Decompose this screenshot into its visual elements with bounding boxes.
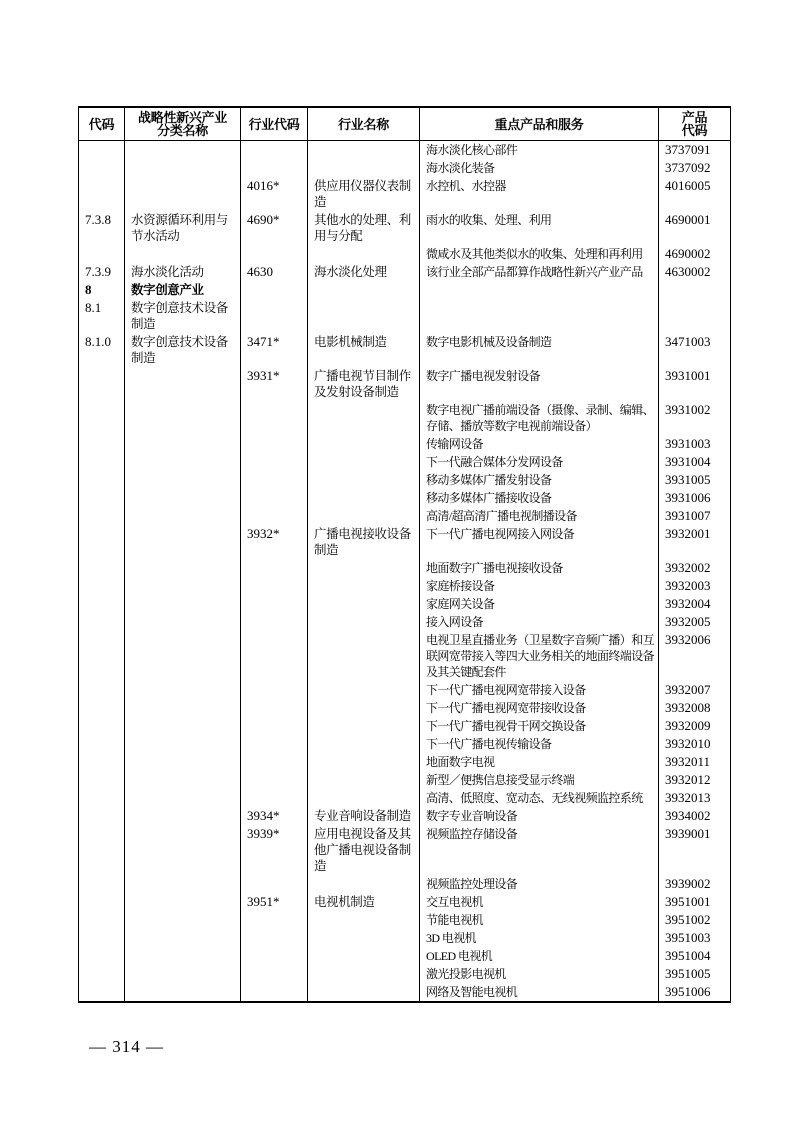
table-row: 激光投影电视机3951005	[79, 965, 731, 983]
cell-classification-name	[125, 141, 241, 160]
cell-industry-name	[308, 735, 420, 753]
table-row: 8.1.0数字创意技术设备制造3471*电影机械制造数字电影机械及设备制造347…	[79, 333, 731, 367]
cell-industry-name	[308, 965, 420, 983]
cell-product: 接入网设备	[420, 613, 659, 631]
cell-product: 数字专业音响设备	[420, 807, 659, 825]
cell-industry-code	[241, 453, 308, 471]
table-row: 7.3.8水资源循环利用与节水活动4690*其他水的处理、利用与分配雨水的收集、…	[79, 211, 731, 245]
cell-code	[79, 735, 125, 753]
cell-product-code: 4630002	[659, 263, 731, 281]
cell-classification-name	[125, 965, 241, 983]
table-row: 下一代融合媒体分发网设备3931004	[79, 453, 731, 471]
cell-code: 7.3.9	[79, 263, 125, 281]
table-row: 海水淡化装备3737092	[79, 159, 731, 177]
cell-code	[79, 681, 125, 699]
cell-product-code: 4690001	[659, 211, 731, 245]
cell-code	[79, 435, 125, 453]
cell-product: 新型／便携信息接受显示终端	[420, 771, 659, 789]
column-header-classification-name: 战略性新兴产业 分类名称	[125, 107, 241, 141]
cell-code	[79, 807, 125, 825]
cell-industry-name: 广播电视接收设备制造	[308, 525, 420, 559]
cell-industry-code	[241, 489, 308, 507]
column-header-code: 代码	[79, 107, 125, 141]
table-row: 家庭网关设备3932004	[79, 595, 731, 613]
cell-product: 数字电视广播前端设备（摄像、录制、编辑、存储、播放等数字电视前端设备）	[420, 401, 659, 435]
cell-product-code: 4690002	[659, 245, 731, 263]
cell-industry-code	[241, 245, 308, 263]
cell-classification-name	[125, 807, 241, 825]
cell-industry-code	[241, 577, 308, 595]
cell-code	[79, 367, 125, 401]
cell-industry-code	[241, 947, 308, 965]
cell-industry-code	[241, 789, 308, 807]
table-row: 3951*电视机制造交互电视机3951001	[79, 893, 731, 911]
cell-code	[79, 613, 125, 631]
cell-industry-code: 3934*	[241, 807, 308, 825]
cell-product-code: 3931001	[659, 367, 731, 401]
cell-classification-name	[125, 613, 241, 631]
table-row: 3D 电视机3951003	[79, 929, 731, 947]
cell-product-code: 3932001	[659, 525, 731, 559]
table-row: 下一代广播电视网宽带接入设备3932007	[79, 681, 731, 699]
cell-industry-code	[241, 613, 308, 631]
cell-product-code: 3951001	[659, 893, 731, 911]
cell-product-code: 3931007	[659, 507, 731, 525]
cell-product-code	[659, 299, 731, 333]
cell-code: 8.1	[79, 299, 125, 333]
cell-industry-name	[308, 299, 420, 333]
cell-industry-code	[241, 983, 308, 1002]
cell-product: 海水淡化核心部件	[420, 141, 659, 160]
cell-code	[79, 559, 125, 577]
cell-product: 高清、低照度、宽动态、无线视频监控系统	[420, 789, 659, 807]
cell-product-code: 3951005	[659, 965, 731, 983]
cell-product-code: 3932006	[659, 631, 731, 681]
cell-product: 数字广播电视发射设备	[420, 367, 659, 401]
table-row: 视频监控处理设备3939002	[79, 875, 731, 893]
table-head: 代码战略性新兴产业 分类名称行业代码行业名称重点产品和服务产品 代码	[79, 107, 731, 141]
cell-product-code: 3951003	[659, 929, 731, 947]
table-row: 海水淡化核心部件3737091	[79, 141, 731, 160]
cell-product-code: 3932005	[659, 613, 731, 631]
table-row: 移动多媒体广播发射设备3931005	[79, 471, 731, 489]
cell-industry-code	[241, 753, 308, 771]
cell-product: 视频监控存储设备	[420, 825, 659, 875]
cell-classification-name	[125, 525, 241, 559]
cell-industry-name: 海水淡化处理	[308, 263, 420, 281]
cell-industry-name	[308, 141, 420, 160]
cell-code	[79, 789, 125, 807]
cell-code	[79, 771, 125, 789]
cell-industry-name	[308, 507, 420, 525]
cell-product-code: 3939002	[659, 875, 731, 893]
table-row: 3934*专业音响设备制造数字专业音响设备3934002	[79, 807, 731, 825]
cell-product: 3D 电视机	[420, 929, 659, 947]
cell-classification-name: 数字创意技术设备制造	[125, 299, 241, 333]
cell-product: 网络及智能电视机	[420, 983, 659, 1002]
cell-product: 下一代融合媒体分发网设备	[420, 453, 659, 471]
cell-product-code: 3932008	[659, 699, 731, 717]
table-row: 节能电视机3951002	[79, 911, 731, 929]
cell-industry-name	[308, 929, 420, 947]
cell-classification-name	[125, 577, 241, 595]
table-row: 传输网设备3931003	[79, 435, 731, 453]
cell-product: 家庭网关设备	[420, 595, 659, 613]
cell-code	[79, 631, 125, 681]
cell-classification-name	[125, 453, 241, 471]
cell-product-code: 3932010	[659, 735, 731, 753]
cell-classification-name	[125, 789, 241, 807]
cell-industry-name	[308, 947, 420, 965]
cell-classification-name: 数字创意技术设备制造	[125, 333, 241, 367]
cell-product-code: 3931002	[659, 401, 731, 435]
cell-product: 地面数字广播电视接收设备	[420, 559, 659, 577]
cell-industry-name	[308, 875, 420, 893]
cell-product-code	[659, 281, 731, 299]
table-row: 3932*广播电视接收设备制造下一代广播电视网接入网设备3932001	[79, 525, 731, 559]
cell-product-code: 3939001	[659, 825, 731, 875]
cell-industry-code	[241, 965, 308, 983]
cell-industry-name	[308, 435, 420, 453]
cell-industry-code	[241, 159, 308, 177]
cell-product-code: 3932003	[659, 577, 731, 595]
cell-product: 移动多媒体广播发射设备	[420, 471, 659, 489]
cell-industry-code	[241, 771, 308, 789]
cell-product: 交互电视机	[420, 893, 659, 911]
cell-industry-code	[241, 681, 308, 699]
cell-product: 地面数字电视	[420, 753, 659, 771]
column-header-industry-code: 行业代码	[241, 107, 308, 141]
cell-industry-code	[241, 595, 308, 613]
cell-product-code: 3471003	[659, 333, 731, 367]
cell-classification-name	[125, 245, 241, 263]
cell-product: 雨水的收集、处理、利用	[420, 211, 659, 245]
cell-code	[79, 947, 125, 965]
cell-classification-name	[125, 911, 241, 929]
table-row: 新型／便携信息接受显示终端3932012	[79, 771, 731, 789]
cell-product: 家庭桥接设备	[420, 577, 659, 595]
cell-industry-code: 3939*	[241, 825, 308, 875]
cell-industry-name: 电影机械制造	[308, 333, 420, 367]
cell-product	[420, 299, 659, 333]
cell-product-code: 3951006	[659, 983, 731, 1002]
cell-classification-name	[125, 825, 241, 875]
column-header-key-products: 重点产品和服务	[420, 107, 659, 141]
table-row: 数字电视广播前端设备（摄像、录制、编辑、存储、播放等数字电视前端设备）39310…	[79, 401, 731, 435]
cell-product: 传输网设备	[420, 435, 659, 453]
cell-code	[79, 525, 125, 559]
cell-product: 下一代广播电视骨干网交换设备	[420, 717, 659, 735]
table-row: 高清/超高清广播电视制播设备3931007	[79, 507, 731, 525]
cell-code	[79, 489, 125, 507]
cell-industry-name	[308, 577, 420, 595]
cell-industry-name	[308, 911, 420, 929]
cell-code	[79, 453, 125, 471]
cell-code	[79, 929, 125, 947]
cell-classification-name	[125, 771, 241, 789]
column-header-product-code: 产品 代码	[659, 107, 731, 141]
cell-industry-code	[241, 281, 308, 299]
cell-industry-name	[308, 401, 420, 435]
cell-product-code: 3931003	[659, 435, 731, 453]
cell-product-code: 3932002	[659, 559, 731, 577]
table-row: 下一代广播电视网宽带接收设备3932008	[79, 699, 731, 717]
table-row: 7.3.9海水淡化活动4630海水淡化处理该行业全部产品都算作战略性新兴产业产品…	[79, 263, 731, 281]
cell-classification-name	[125, 929, 241, 947]
cell-industry-name	[308, 771, 420, 789]
cell-classification-name	[125, 489, 241, 507]
cell-classification-name	[125, 401, 241, 435]
cell-classification-name: 数字创意产业	[125, 281, 241, 299]
cell-industry-name: 专业音响设备制造	[308, 807, 420, 825]
cell-industry-code	[241, 299, 308, 333]
table-row: 地面数字广播电视接收设备3932002	[79, 559, 731, 577]
cell-code	[79, 753, 125, 771]
table-row: 电视卫星直播业务（卫星数字音频广播）和互联网宽带接入等四大业务相关的地面终端设备…	[79, 631, 731, 681]
cell-industry-name	[308, 559, 420, 577]
cell-code	[79, 875, 125, 893]
cell-classification-name	[125, 559, 241, 577]
cell-product: 节能电视机	[420, 911, 659, 929]
cell-code	[79, 177, 125, 211]
table-row: 3939*应用电视设备及其他广播电视设备制造视频监控存储设备3939001	[79, 825, 731, 875]
cell-product: 下一代广播电视传输设备	[420, 735, 659, 753]
cell-industry-code: 4690*	[241, 211, 308, 245]
cell-product-code: 3931006	[659, 489, 731, 507]
cell-industry-code: 3931*	[241, 367, 308, 401]
cell-industry-code	[241, 435, 308, 453]
cell-industry-name	[308, 681, 420, 699]
table-row: 移动多媒体广播接收设备3931006	[79, 489, 731, 507]
cell-code: 8.1.0	[79, 333, 125, 367]
cell-classification-name	[125, 735, 241, 753]
table-header-row: 代码战略性新兴产业 分类名称行业代码行业名称重点产品和服务产品 代码	[79, 107, 731, 141]
cell-industry-name: 供应用仪器仪表制造	[308, 177, 420, 211]
cell-industry-code	[241, 631, 308, 681]
cell-product: 水控机、水控器	[420, 177, 659, 211]
cell-classification-name	[125, 177, 241, 211]
cell-code	[79, 911, 125, 929]
industry-classification-table: 代码战略性新兴产业 分类名称行业代码行业名称重点产品和服务产品 代码 海水淡化核…	[78, 106, 731, 1003]
cell-industry-name	[308, 471, 420, 489]
cell-industry-name	[308, 789, 420, 807]
cell-product: 高清/超高清广播电视制播设备	[420, 507, 659, 525]
cell-industry-name	[308, 281, 420, 299]
cell-product-code: 3934002	[659, 807, 731, 825]
cell-industry-code	[241, 141, 308, 160]
cell-industry-name	[308, 453, 420, 471]
cell-code	[79, 507, 125, 525]
cell-product: 微咸水及其他类似水的收集、处理和再利用	[420, 245, 659, 263]
cell-product-code: 3932009	[659, 717, 731, 735]
cell-product: 激光投影电视机	[420, 965, 659, 983]
cell-product: 下一代广播电视网宽带接入设备	[420, 681, 659, 699]
table-row: 网络及智能电视机3951006	[79, 983, 731, 1002]
cell-code	[79, 471, 125, 489]
cell-code	[79, 717, 125, 735]
table-row: 高清、低照度、宽动态、无线视频监控系统3932013	[79, 789, 731, 807]
cell-product-code: 3951002	[659, 911, 731, 929]
cell-industry-code	[241, 559, 308, 577]
cell-code	[79, 983, 125, 1002]
cell-code	[79, 141, 125, 160]
cell-classification-name	[125, 947, 241, 965]
cell-product-code: 3951004	[659, 947, 731, 965]
cell-industry-name: 广播电视节目制作及发射设备制造	[308, 367, 420, 401]
cell-industry-name	[308, 159, 420, 177]
cell-industry-name	[308, 631, 420, 681]
cell-industry-name	[308, 245, 420, 263]
table-row: 下一代广播电视骨干网交换设备3932009	[79, 717, 731, 735]
cell-industry-name	[308, 595, 420, 613]
cell-product-code: 3932004	[659, 595, 731, 613]
cell-industry-name	[308, 753, 420, 771]
table-row: 家庭桥接设备3932003	[79, 577, 731, 595]
cell-classification-name	[125, 893, 241, 911]
cell-code	[79, 893, 125, 911]
cell-industry-code	[241, 507, 308, 525]
cell-product-code: 3737091	[659, 141, 731, 160]
cell-classification-name	[125, 875, 241, 893]
cell-classification-name	[125, 717, 241, 735]
cell-product-code: 3737092	[659, 159, 731, 177]
cell-classification-name	[125, 367, 241, 401]
cell-product: 下一代广播电视网接入网设备	[420, 525, 659, 559]
cell-classification-name	[125, 595, 241, 613]
table-row: 8.1数字创意技术设备制造	[79, 299, 731, 333]
cell-classification-name	[125, 631, 241, 681]
cell-product-code: 3931005	[659, 471, 731, 489]
cell-classification-name	[125, 507, 241, 525]
cell-classification-name: 海水淡化活动	[125, 263, 241, 281]
cell-code	[79, 699, 125, 717]
cell-industry-code	[241, 735, 308, 753]
cell-product-code: 3932011	[659, 753, 731, 771]
table-row: 接入网设备3932005	[79, 613, 731, 631]
cell-industry-name	[308, 613, 420, 631]
table-row: 3931*广播电视节目制作及发射设备制造数字广播电视发射设备3931001	[79, 367, 731, 401]
cell-product: 下一代广播电视网宽带接收设备	[420, 699, 659, 717]
cell-industry-code	[241, 929, 308, 947]
cell-industry-name	[308, 717, 420, 735]
cell-industry-name	[308, 699, 420, 717]
cell-industry-code: 3471*	[241, 333, 308, 367]
cell-product-code: 3932013	[659, 789, 731, 807]
cell-code	[79, 245, 125, 263]
table-row: 4016*供应用仪器仪表制造水控机、水控器4016005	[79, 177, 731, 211]
cell-code	[79, 965, 125, 983]
cell-code	[79, 577, 125, 595]
table-row: 微咸水及其他类似水的收集、处理和再利用4690002	[79, 245, 731, 263]
cell-industry-code	[241, 717, 308, 735]
cell-classification-name: 水资源循环利用与节水活动	[125, 211, 241, 245]
cell-code	[79, 159, 125, 177]
table-body: 海水淡化核心部件3737091海水淡化装备37370924016*供应用仪器仪表…	[79, 141, 731, 1003]
cell-industry-name: 电视机制造	[308, 893, 420, 911]
cell-product: 电视卫星直播业务（卫星数字音频广播）和互联网宽带接入等四大业务相关的地面终端设备…	[420, 631, 659, 681]
cell-industry-code	[241, 471, 308, 489]
cell-code	[79, 825, 125, 875]
cell-classification-name	[125, 983, 241, 1002]
cell-industry-name: 应用电视设备及其他广播电视设备制造	[308, 825, 420, 875]
cell-product: 视频监控处理设备	[420, 875, 659, 893]
cell-product: 该行业全部产品都算作战略性新兴产业产品	[420, 263, 659, 281]
table-row: OLED 电视机3951004	[79, 947, 731, 965]
cell-product	[420, 281, 659, 299]
cell-industry-code	[241, 699, 308, 717]
cell-industry-name	[308, 983, 420, 1002]
cell-product-code: 3932012	[659, 771, 731, 789]
cell-classification-name	[125, 435, 241, 453]
table-row: 下一代广播电视传输设备3932010	[79, 735, 731, 753]
column-header-industry-name: 行业名称	[308, 107, 420, 141]
document-page: 代码战略性新兴产业 分类名称行业代码行业名称重点产品和服务产品 代码 海水淡化核…	[0, 0, 793, 1122]
page-number: — 314 —	[89, 1037, 164, 1057]
table-row: 8数字创意产业	[79, 281, 731, 299]
cell-industry-code: 4630	[241, 263, 308, 281]
cell-industry-code: 3951*	[241, 893, 308, 911]
cell-code: 7.3.8	[79, 211, 125, 245]
cell-product: 海水淡化装备	[420, 159, 659, 177]
cell-industry-code: 3932*	[241, 525, 308, 559]
cell-classification-name	[125, 159, 241, 177]
cell-code	[79, 401, 125, 435]
cell-industry-code	[241, 401, 308, 435]
cell-industry-code	[241, 911, 308, 929]
cell-product: OLED 电视机	[420, 947, 659, 965]
cell-product-code: 3931004	[659, 453, 731, 471]
table-row: 地面数字电视3932011	[79, 753, 731, 771]
cell-product-code: 4016005	[659, 177, 731, 211]
cell-classification-name	[125, 471, 241, 489]
cell-industry-code	[241, 875, 308, 893]
cell-product-code: 3932007	[659, 681, 731, 699]
cell-product: 数字电影机械及设备制造	[420, 333, 659, 367]
cell-industry-name	[308, 489, 420, 507]
cell-industry-code: 4016*	[241, 177, 308, 211]
cell-code: 8	[79, 281, 125, 299]
cell-classification-name	[125, 699, 241, 717]
cell-classification-name	[125, 753, 241, 771]
cell-classification-name	[125, 681, 241, 699]
cell-product: 移动多媒体广播接收设备	[420, 489, 659, 507]
cell-industry-name: 其他水的处理、利用与分配	[308, 211, 420, 245]
cell-code	[79, 595, 125, 613]
